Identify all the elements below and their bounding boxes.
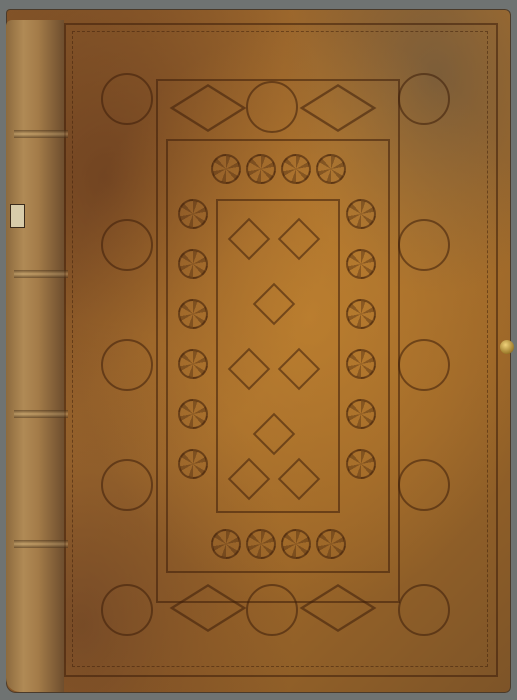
rosette <box>346 299 376 329</box>
rosette <box>178 349 208 379</box>
rosette <box>346 249 376 279</box>
rosette <box>246 154 276 184</box>
rhomb-tool <box>306 591 366 621</box>
rosette <box>346 199 376 229</box>
book-cover <box>6 9 511 693</box>
rosette <box>178 249 208 279</box>
rhomb-tool <box>306 91 366 121</box>
medallion <box>398 459 450 511</box>
rosette <box>211 529 241 559</box>
rhomb-tool <box>176 91 236 121</box>
spine-band <box>14 130 68 138</box>
medallion <box>246 81 298 133</box>
medallion <box>246 584 298 636</box>
rosette <box>316 529 346 559</box>
spine-band <box>14 410 68 418</box>
medallion <box>398 339 450 391</box>
medallion <box>101 584 153 636</box>
rosette <box>281 529 311 559</box>
rosette <box>178 299 208 329</box>
rosette <box>178 449 208 479</box>
rosette <box>346 399 376 429</box>
medallion <box>398 219 450 271</box>
rosette <box>316 154 346 184</box>
rosette <box>346 349 376 379</box>
medallion <box>101 73 153 125</box>
book-spine <box>6 20 64 692</box>
rosette <box>178 199 208 229</box>
brass-clasp <box>500 340 514 354</box>
rhomb-tool <box>176 591 236 621</box>
rosette <box>211 154 241 184</box>
medallion <box>101 339 153 391</box>
medallion <box>101 459 153 511</box>
spine-label <box>10 204 25 228</box>
rosette <box>281 154 311 184</box>
medallion <box>398 584 450 636</box>
spine-band <box>14 270 68 278</box>
medallion <box>398 73 450 125</box>
rosette <box>178 399 208 429</box>
spine-band <box>14 540 68 548</box>
medallion <box>101 219 153 271</box>
rosette <box>346 449 376 479</box>
rosette <box>246 529 276 559</box>
